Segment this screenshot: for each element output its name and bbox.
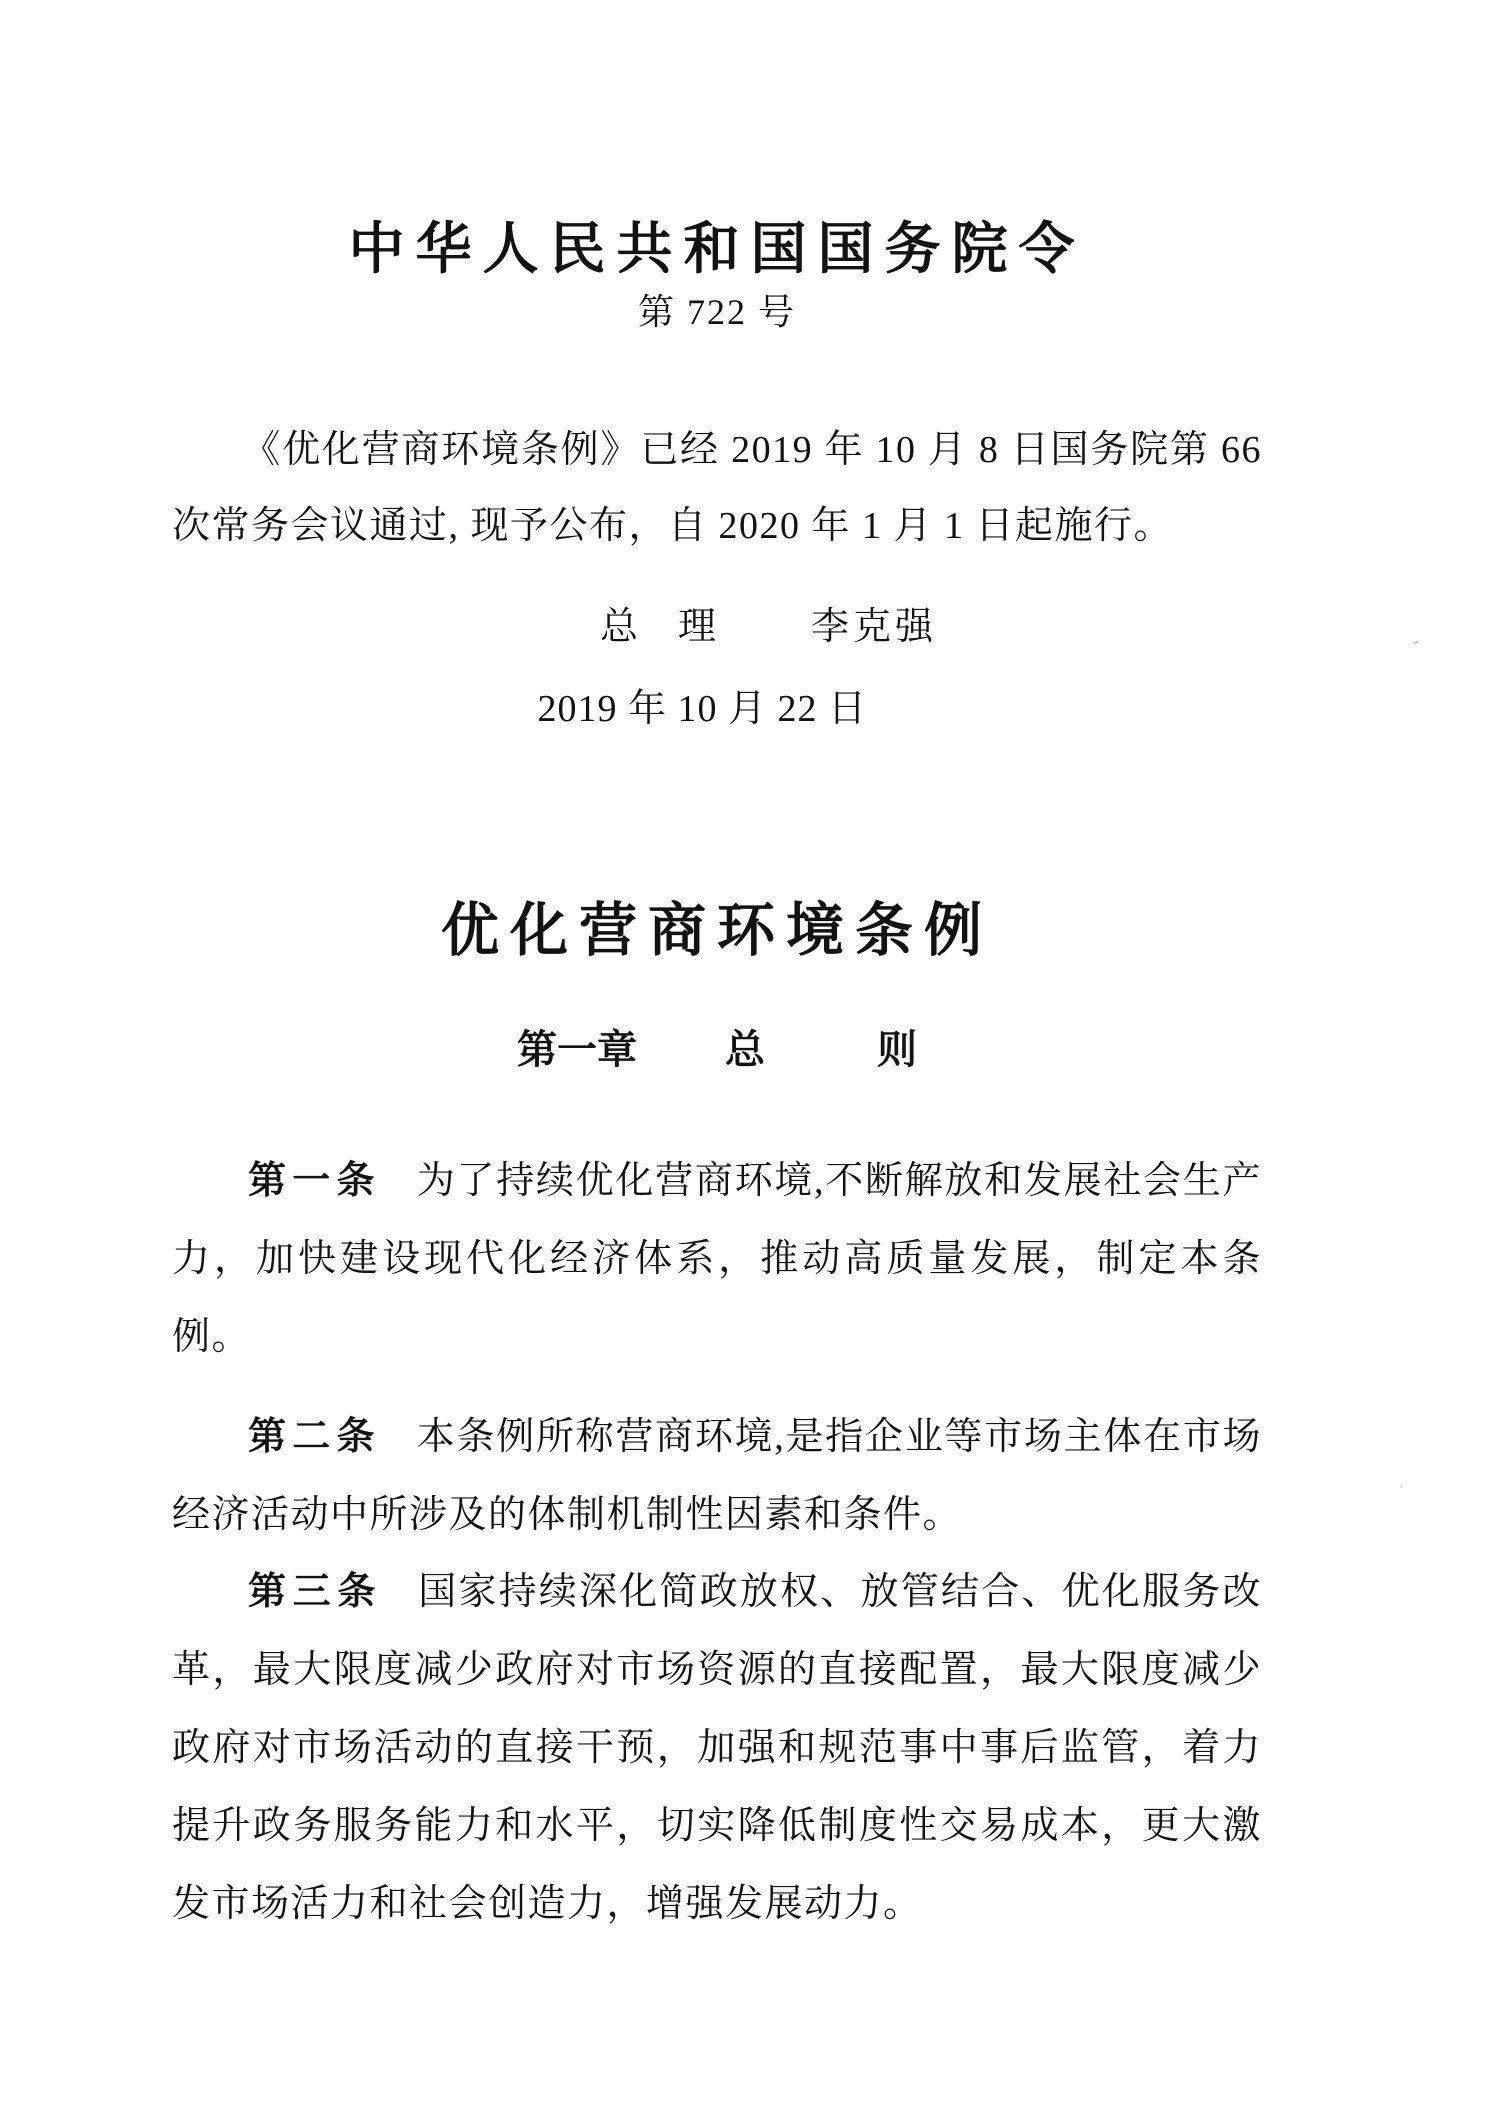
document-page: 中华人民共和国国务院令 第 722 号 《优化营商环境条例》已经 2019 年 … [0, 0, 1487, 2105]
announcement-paragraph: 《优化营商环境条例》已经 2019 年 10 月 8 日国务院第 66 次常务会… [172, 412, 1262, 564]
scan-speck-artifact: - [1411, 635, 1422, 647]
article-1-paragraph: 第一条为了持续优化营商环境,不断解放和发展社会生产力，加快建设现代化经济体系，推… [172, 1142, 1262, 1376]
chapter-title-char-left: 总 [725, 1022, 765, 1078]
chapter-number: 第一章 [517, 1022, 637, 1078]
signature-line: 总 理 李克强 [172, 599, 1262, 655]
premier-post-char-right: 理 [678, 599, 716, 655]
scan-speck-artifact: · [1397, 1481, 1405, 1492]
article-3-text: 国家持续深化简政放权、放管结合、优化服务改革，最大限度减少政府对市场资源的直接配… [172, 1571, 1262, 1925]
article-2-paragraph: 第二条本条例所称营商环境,是指企业等市场主体在市场经济活动中所涉及的体制机制性因… [172, 1398, 1262, 1554]
regulation-title: 优化营商环境条例 [172, 895, 1262, 967]
premier-name: 李克强 [811, 599, 937, 655]
issue-date: 2019 年 10 月 22 日 [172, 681, 1262, 737]
article-2-number: 第二条 [248, 1416, 381, 1458]
decree-number: 第 722 号 [172, 289, 1262, 335]
premier-post-char-left: 总 [600, 599, 638, 655]
article-1-number: 第一条 [248, 1160, 381, 1202]
chapter-heading: 第一章 总 则 [172, 1022, 1262, 1078]
article-3-paragraph: 第三条国家持续深化简政放权、放管结合、优化服务改革，最大限度减少政府对市场资源的… [172, 1553, 1262, 1943]
decree-title: 中华人民共和国国务院令 [172, 216, 1262, 284]
article-3-number: 第三条 [248, 1571, 382, 1613]
chapter-title-char-right: 则 [877, 1022, 917, 1078]
